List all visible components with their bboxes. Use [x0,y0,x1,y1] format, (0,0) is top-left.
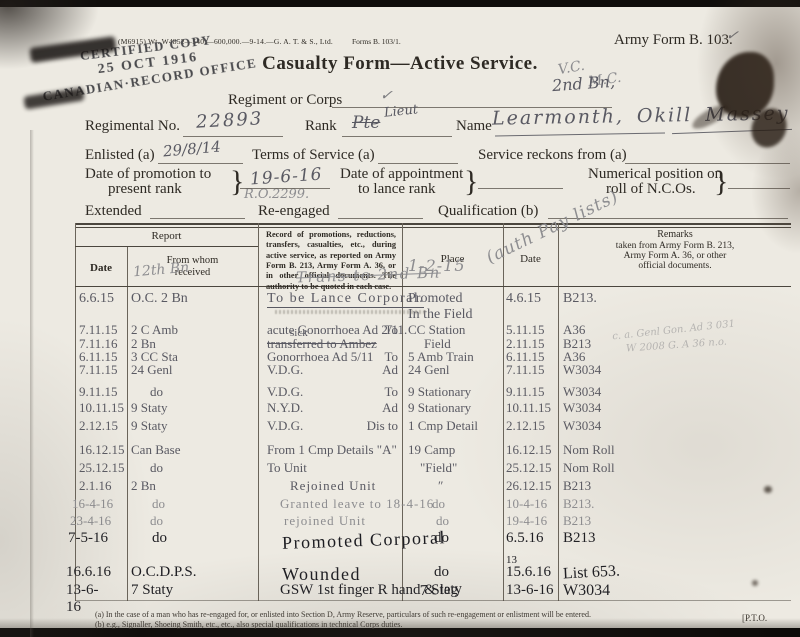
regimental-no-value: 22893 [195,108,263,132]
pto-note: [P.T.O. [742,613,767,623]
name-label: Name [456,118,492,135]
row-from: do [150,384,274,400]
row-record: V.D.G. [267,384,303,400]
rank-value: Lieut [383,102,418,120]
row-remarks: W3034 [563,384,601,400]
row-place-date: 6.5.16 [506,530,544,547]
reengaged-label: Re-engaged [258,203,330,220]
service-underline [625,163,790,164]
table-top-line [75,223,791,225]
row-place: 19 Camp [408,442,455,458]
ink-spot [764,486,772,493]
row-place: ″ [438,478,443,494]
row-date: 16-4-16 [72,496,118,512]
name-underline [495,133,665,137]
row-place: 24 Genl [408,362,450,378]
extended-label: Extended [85,203,142,220]
row-date: 6.6.15 [79,291,125,307]
brace: } [714,167,728,197]
row-record: Rejoined Unit [290,478,376,494]
top-edge-strip [0,0,800,7]
numerical-underline [728,188,790,189]
row-place-date: 9.11.15 [506,384,545,400]
row-record: Promoted Corporal [282,527,447,554]
qualification-label: Qualification (b) [438,203,538,220]
casualty-form-page: CERTIFIED COPY 25 OCT 1916 CANADIAN·RECO… [0,0,800,637]
row-remarks: B213 [563,530,596,547]
extended-underline [150,218,245,219]
row-from: O.C.D.P.S. [131,564,255,581]
enlisted-underline [158,163,243,164]
brace: } [230,167,244,197]
row-from: Can Base [131,442,255,458]
promotion-value: 19-6-16 [249,164,323,189]
row-date: 23-4-16 [70,513,116,529]
army-form-number: Army Form B. 103. [614,32,733,49]
row-from: do [152,530,276,547]
row-date: 16.6.16 [66,564,112,581]
row-from: do [152,496,276,512]
rank-struck-value: Pte [352,113,380,133]
row-record-transfer: To [352,384,398,400]
row-place-date: 10-4-16 [506,496,547,512]
rank-underline [342,136,452,137]
numerical-label2: roll of N.C.Os. [606,181,696,198]
remarks-column-header: Remarks taken from Army Form B. 213, Arm… [562,230,788,272]
report-header: Report [75,230,258,242]
table-vline [127,246,128,601]
row-remarks: W3034 [563,582,610,600]
row-date: 7.11.15 [79,362,125,378]
promotion-label2: present rank [108,181,182,198]
row-remarks: W3034 [563,418,601,434]
table-vline [558,223,559,601]
date-column-header: Date [75,262,127,274]
row-date: 25.12.15 [79,460,125,476]
check-mark: ✓ [725,25,740,45]
table-vline [503,223,504,601]
row-from: do [150,460,274,476]
left-crease [30,130,34,637]
row-remarks: List 653. [563,563,621,584]
row-remarks: W3034 [563,400,601,416]
row-record: To Unit [267,460,307,476]
row-date: 10.11.15 [79,400,125,416]
row-date: 9.11.15 [79,384,125,400]
row-place-date: 4.6.15 [506,291,541,307]
row-remarks: B213 [563,513,591,529]
remarks-line4: official documents. [562,261,788,271]
row-place-date: 13-6-16 [506,582,554,599]
row-place-date: 19-4-16 [506,513,547,529]
rank-label: Rank [305,118,337,135]
row-record: Granted leave to 18-4-16 [280,496,434,512]
row-place-date: 10.11.15 [506,400,551,416]
row-from: 9 Staty [131,418,255,434]
brace: } [464,167,478,197]
regiment-value: 2nd Bn, [551,72,615,95]
appointment-label2: to lance rank [358,181,435,198]
footnote-b: (b) e.g., Signaller, Shoeing Smith, etc.… [95,620,402,629]
footnote-a: (a) In the case of a man who has re-enga… [95,610,591,619]
regiment-label: Regiment or Corps [228,92,342,109]
service-reckons-label: Service reckons from (a) [478,147,627,164]
remarks-line3: Army Form A. 36, or other [562,251,788,261]
promotion-pencil-note: R.O.2299. [244,187,309,202]
row-remarks: B213. [563,291,597,307]
row-place: do [434,564,449,581]
row-date: 2.12.15 [79,418,125,434]
row-place: do [434,530,449,547]
row-from: 24 Genl [131,362,255,378]
row-record: rejoined Unit [284,513,366,529]
pencil-place-date: 1-2-15 [408,256,466,275]
promotion-underline [240,188,330,189]
row-place-date: 16.12.15 [506,442,552,458]
terms-underline [378,163,458,164]
terms-label: Terms of Service (a) [252,147,375,164]
remarks-line2: taken from Army Form B. 213, [562,241,788,251]
row-record-transfer: Dis to [336,418,398,434]
regimental-no-label: Regimental No. [85,118,180,135]
form-title: Casualty Form—Active Service. [262,53,538,75]
enlisted-label: Enlisted (a) [85,147,155,164]
row-record: V.D.G. [267,418,303,434]
regno-underline [183,136,283,137]
row-record-transfer: Ad [352,400,398,416]
table-bottom-line [75,600,791,601]
row-from: 7 Staty [131,582,255,599]
report-underline [75,246,258,247]
row-place-date: 26.12.15 [506,478,552,494]
row-remarks: B213 [563,478,591,494]
row-place: "Field" [420,460,457,476]
row-record: V.D.G. [267,362,303,378]
faint-stamp-smudge [275,310,425,314]
row-place-date: 2.12.15 [506,418,545,434]
forms-reference: Forms B. 103/1. [352,37,401,46]
row-record: N.Y.D. [267,400,303,416]
row-remarks: Nom Roll [563,442,615,458]
row-date: 16.12.15 [79,442,125,458]
row-from: 9 Staty [131,400,255,416]
row-remarks: B213. [563,496,594,512]
table-header-bottom [75,286,791,287]
table-top-line2 [75,227,791,228]
row-from: O.C. 2 Bn [131,291,255,307]
ink-spot [752,580,758,586]
row-date: 7-5-16 [68,530,114,547]
remarks-line1: Remarks [562,230,788,241]
row-place-date: 15.6.16 [506,564,551,581]
row-from: 2 Bn [131,478,255,494]
row-place-date: 25.12.15 [506,460,552,476]
row-place-date: 7.11.15 [506,362,545,378]
row-date: 2.1.16 [79,478,125,494]
row-from: do [150,513,274,529]
row-record: To be Lance Corporal. [267,291,424,308]
row-remarks: Nom Roll [563,460,615,476]
row-place: Promoted [408,291,462,307]
check-mark: ✓ [379,85,393,104]
appointment-underline [478,188,563,189]
bottom-edge-strip [0,628,800,637]
row-record-transfer: Ad [352,362,398,378]
row-place: 7 Staty [420,581,463,600]
row-record: From 1 Cmp Details "A" [267,442,397,458]
enlisted-value: 29/8/14 [162,138,221,161]
row-place: 9 Stationary [408,400,471,416]
reengaged-underline [338,218,423,219]
row-place: 9 Stationary [408,384,471,400]
row-place: 1 Cmp Detail [408,418,478,434]
row-place: do [432,496,445,512]
row-remarks: W3034 [563,362,601,378]
